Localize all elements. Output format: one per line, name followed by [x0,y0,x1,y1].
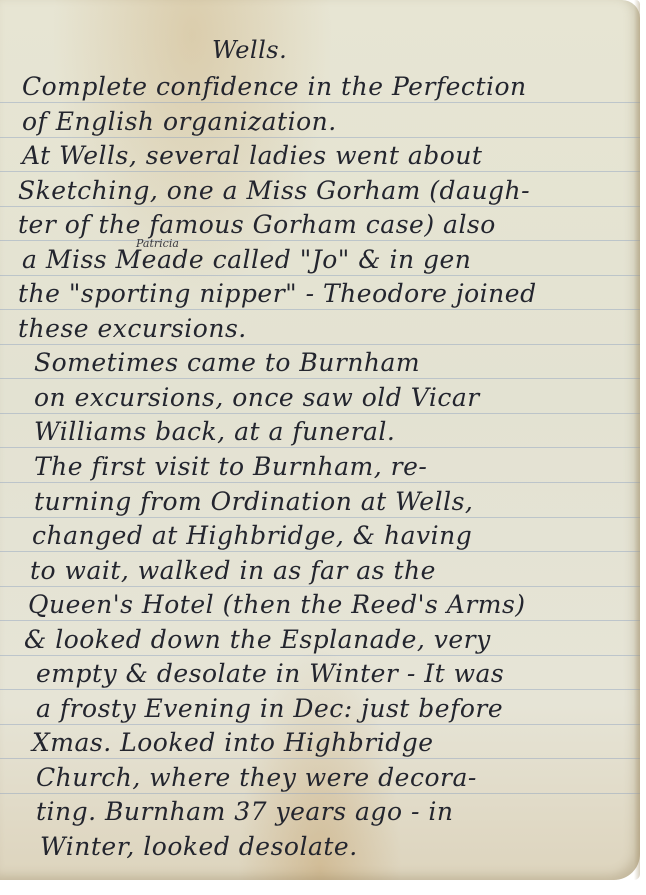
text-line: Sometimes came to Burnham [34,348,420,377]
text-line: & looked down the Esplanade, very [24,625,491,654]
text-line: Williams back, at a funeral. [34,417,395,446]
ruled-line [0,482,640,483]
text-line: Sketching, one a Miss Gorham (daugh- [18,176,530,205]
text-line: Xmas. Looked into Highbridge [32,728,434,757]
text-line: Winter, looked desolate. [40,832,358,861]
ruled-line [0,655,640,656]
text-line: Complete confidence in the Perfection [22,72,527,101]
ruled-line [0,793,640,794]
ruled-line [0,758,640,759]
ruled-line [0,517,640,518]
ruled-line [0,413,640,414]
ruled-line [0,586,640,587]
ruled-line [0,724,640,725]
text-line: to wait, walked in as far as the [30,556,436,585]
text-line: Church, where they were decora- [36,763,477,792]
text-line: ter of the famous Gorham case) also [18,210,496,239]
ruled-line [0,309,640,310]
ruled-line [0,102,640,103]
text-line: At Wells, several ladies went about [22,141,482,170]
ruled-line [0,206,640,207]
ruled-line [0,551,640,552]
text-line: The first visit to Burnham, re- [34,452,427,481]
text-line: on excursions, once saw old Vicar [34,383,480,412]
ruled-line [0,137,640,138]
text-line: Queen's Hotel (then the Reed's Arms) [28,590,526,619]
ruled-line [0,240,640,241]
text-line: of English organization. [22,107,337,136]
text-line: these excursions. [18,314,247,343]
notebook-page: Wells. Patricia Complete confidence in t… [0,0,640,880]
ruled-line [0,620,640,621]
ruled-line [0,447,640,448]
text-line: ting. Burnham 37 years ago - in [36,797,453,826]
ruled-line [0,689,640,690]
text-line: a Miss Meade called "Jo" & in gen [22,245,471,274]
text-line: empty & desolate in Winter - It was [36,659,504,688]
ruled-line [0,171,640,172]
ruled-line [0,344,640,345]
text-line: turning from Ordination at Wells, [34,487,473,516]
page-heading: Wells. [212,36,287,64]
ruled-line [0,378,640,379]
ruled-line [0,275,640,276]
text-line: a frosty Evening in Dec: just before [36,694,503,723]
text-line: changed at Highbridge, & having [32,521,472,550]
text-line: the "sporting nipper" - Theodore joined [18,279,537,308]
